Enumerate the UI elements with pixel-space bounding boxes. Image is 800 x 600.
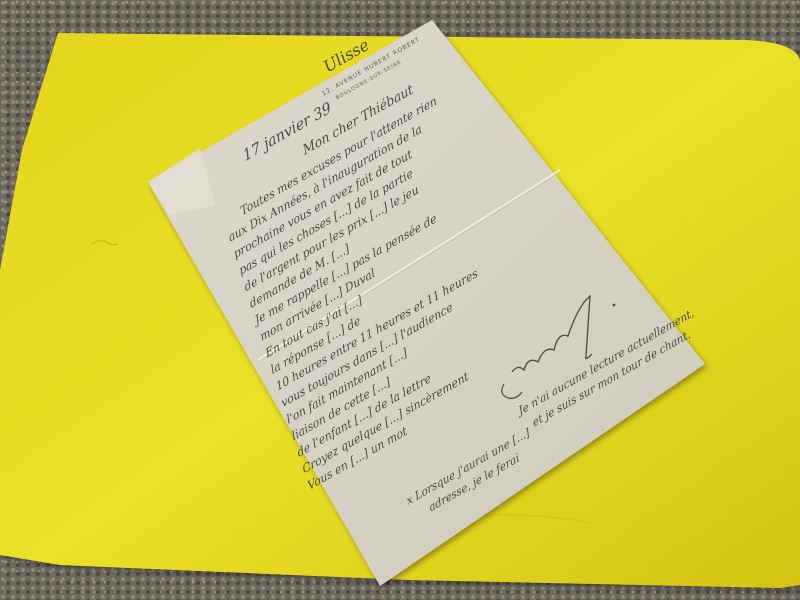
photo-scene: Ulisse 12, AVENUE HUBERT ROBERT BOULOGNE… (0, 0, 800, 600)
